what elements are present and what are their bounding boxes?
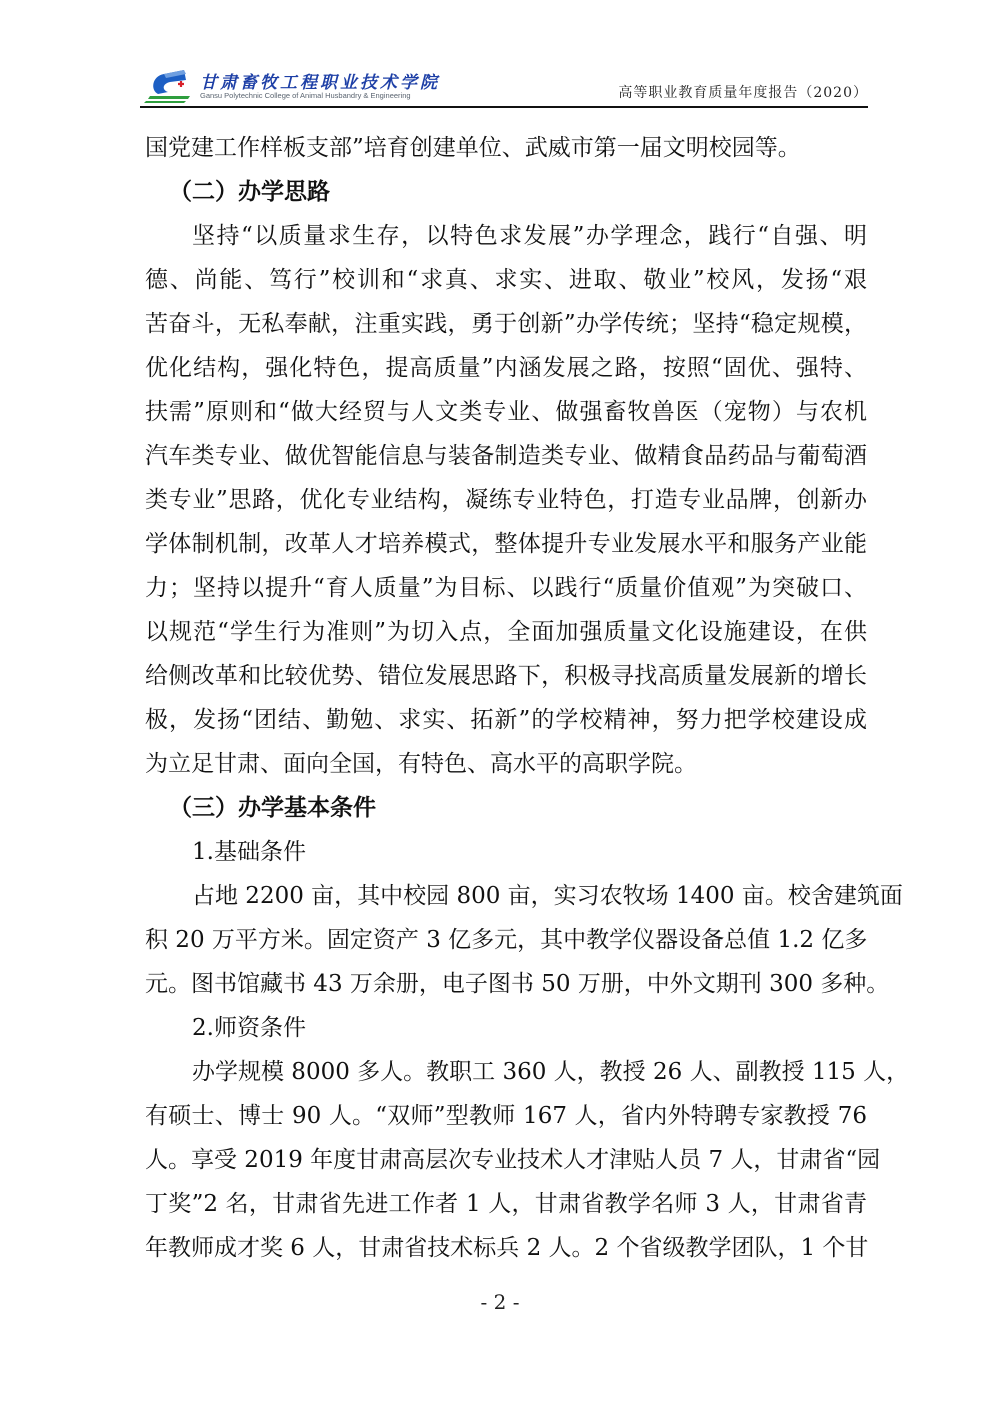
paragraph-line: 优化结构，强化特色，提高质量”内涵发展之路，按照“固优、强特、 — [145, 346, 867, 390]
paragraph-line: 人。享受 2019 年度甘肃高层次专业技术人才津贴人员 7 人，甘肃省“园 — [145, 1138, 867, 1182]
paragraph-line: 给侧改革和比较优势、错位发展思路下，积极寻找高质量发展新的增长 — [145, 654, 867, 698]
paragraph-line: 极，发扬“团结、勤勉、求实、拓新”的学校精神，努力把学校建设成 — [145, 698, 867, 742]
section-heading: （三）办学基本条件 — [145, 786, 867, 830]
header-divider — [140, 106, 868, 108]
paragraph-line: 类专业”思路，优化专业结构，凝练专业特色，打造专业品牌，创新办 — [145, 478, 867, 522]
paragraph-line: 有硕士、博士 90 人。“双师”型教师 167 人，省内外特聘专家教授 76 — [145, 1094, 867, 1138]
paragraph-line: 汽车类专业、做优智能信息与装备制造类专业、做精食品药品与葡萄酒 — [145, 434, 867, 478]
document-page: 甘肃畜牧工程职业技术学院 Gansu Polytechnic College o… — [0, 0, 1000, 1414]
paragraph-line: 积 20 万平方米。固定资产 3 亿多元，其中教学仪器设备总值 1.2 亿多 — [145, 918, 867, 962]
subsection-heading: 1.基础条件 — [145, 830, 867, 874]
paragraph-line: 为立足甘肃、面向全国，有特色、高水平的高职学院。 — [145, 742, 867, 786]
section-heading: （二）办学思路 — [145, 170, 867, 214]
paragraph-line: 元。图书馆藏书 43 万余册，电子图书 50 万册，中外文期刊 300 多种。 — [145, 962, 867, 1006]
paragraph-line: 力；坚持以提升“育人质量”为目标、以践行“质量价值观”为突破口、 — [145, 566, 867, 610]
paragraph-line: 丁奖”2 名，甘肃省先进工作者 1 人，甘肃省教学名师 3 人，甘肃省青 — [145, 1182, 867, 1226]
paragraph-line: 扶需”原则和“做大经贸与人文类专业、做强畜牧兽医（宠物）与农机 — [145, 390, 867, 434]
page-number: - 2 - — [0, 1290, 1000, 1314]
body-text: 国党建工作样板支部”培育创建单位、武威市第一届文明校园等。（二）办学思路坚持“以… — [145, 126, 867, 1270]
school-logo-icon — [144, 66, 196, 104]
subsection-heading: 2.师资条件 — [145, 1006, 867, 1050]
report-title: 高等职业教育质量年度报告（2020） — [618, 82, 868, 102]
paragraph-line: 德、尚能、笃行”校训和“求真、求实、进取、敬业”校风，发扬“艰 — [145, 258, 867, 302]
school-name-cn: 甘肃畜牧工程职业技术学院 — [200, 68, 440, 93]
paragraph-line: 以规范“学生行为准则”为切入点，全面加强质量文化设施建设，在供 — [145, 610, 867, 654]
paragraph-line: 苦奋斗，无私奉献，注重实践，勇于创新”办学传统；坚持“稳定规模， — [145, 302, 867, 346]
paragraph-line: 办学规模 8000 多人。教职工 360 人，教授 26 人、副教授 115 人… — [145, 1050, 867, 1094]
paragraph-line: 学体制机制，改革人才培养模式，整体提升专业发展水平和服务产业能 — [145, 522, 867, 566]
paragraph-line: 坚持“以质量求生存，以特色求发展”办学理念，践行“自强、明 — [145, 214, 867, 258]
paragraph-line: 年教师成才奖 6 人，甘肃省技术标兵 2 人。2 个省级教学团队，1 个甘 — [145, 1226, 867, 1270]
paragraph-line: 占地 2200 亩，其中校园 800 亩，实习农牧场 1400 亩。校舍建筑面 — [145, 874, 867, 918]
page-header: 甘肃畜牧工程职业技术学院 Gansu Polytechnic College o… — [140, 62, 868, 106]
paragraph-line: 国党建工作样板支部”培育创建单位、武威市第一届文明校园等。 — [145, 126, 867, 170]
school-name-en: Gansu Polytechnic College of Animal Husb… — [200, 91, 411, 100]
